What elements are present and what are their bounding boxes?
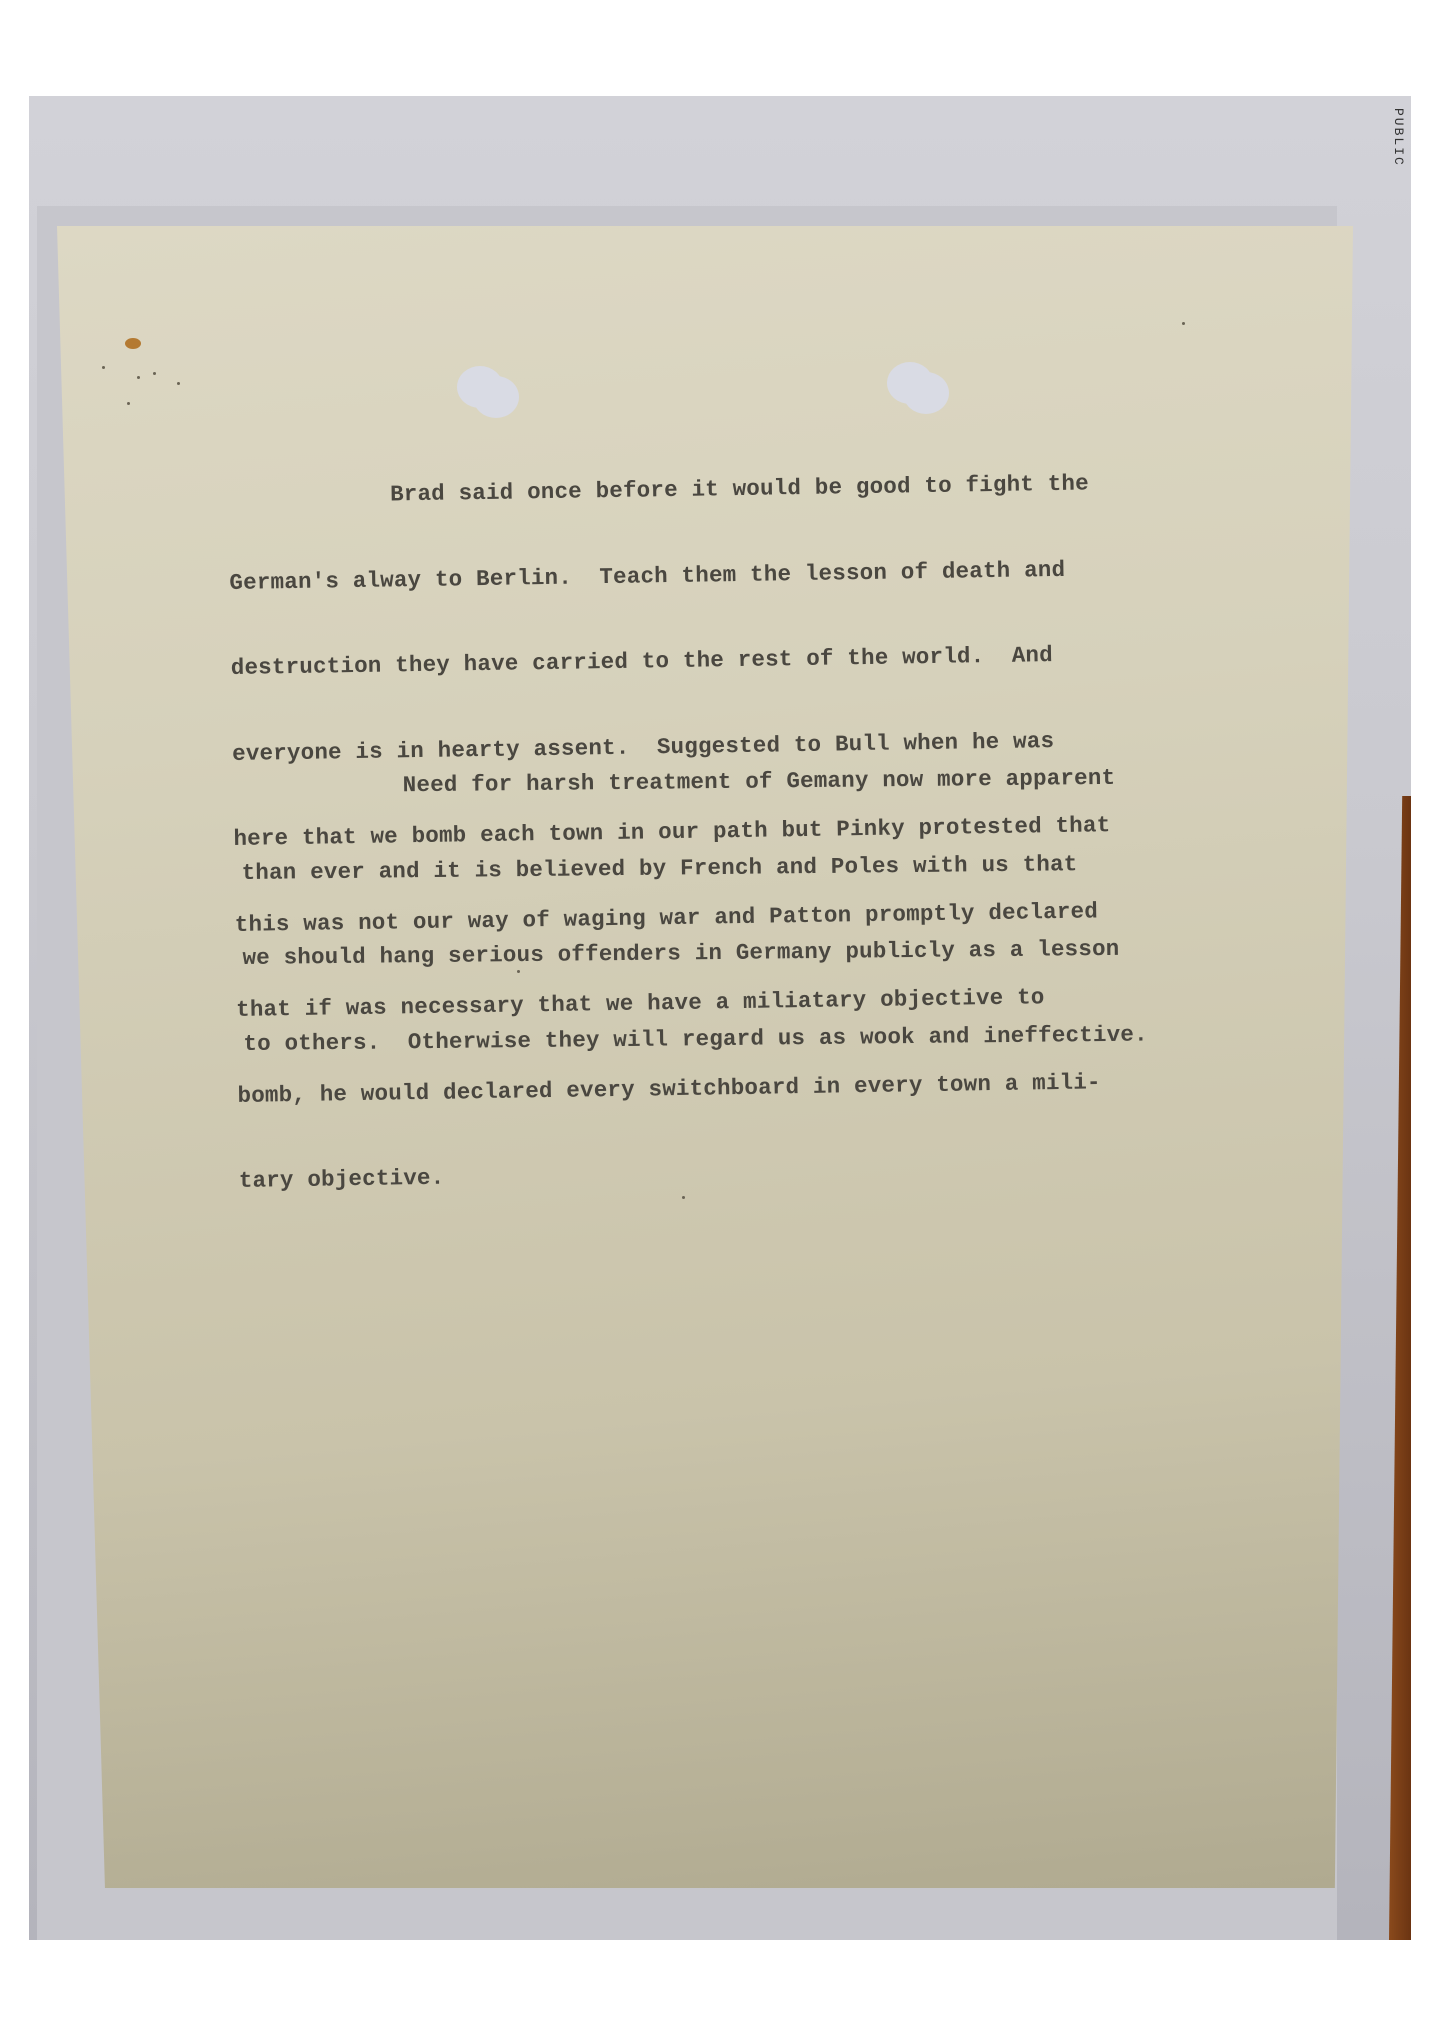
text-line: Brad said once before it would be good t… — [228, 469, 1105, 511]
text-line: destruction they have carried to the res… — [231, 640, 1108, 682]
edge-handwriting: PUBLIC — [1391, 108, 1405, 167]
text-line: than ever and it is believed by French a… — [241, 849, 1146, 887]
speck — [153, 372, 156, 375]
speck — [177, 382, 180, 385]
speck — [127, 402, 130, 405]
speck — [137, 376, 140, 379]
rust-stain — [125, 338, 141, 349]
text-line: tary objective. — [239, 1153, 1116, 1195]
speck — [102, 366, 105, 369]
wooden-edge — [1389, 796, 1411, 1940]
typewritten-page: Brad said once before it would be good t… — [57, 226, 1353, 1888]
punch-hole-right — [887, 362, 933, 404]
text-line: to others. Otherwise they will regard us… — [243, 1020, 1148, 1058]
text-line: we should hang serious offenders in Germ… — [242, 935, 1147, 973]
text-line: German's alway to Berlin. Teach them the… — [229, 555, 1106, 597]
speck — [1182, 322, 1185, 325]
document-photo: PUBLIC Brad said once before it would be… — [29, 96, 1411, 1940]
text-line: Need for harsh treatment of Gemany now m… — [241, 764, 1146, 802]
punch-hole-left — [457, 366, 503, 408]
paragraph-2: Need for harsh treatment of Gemany now m… — [240, 707, 1148, 1115]
